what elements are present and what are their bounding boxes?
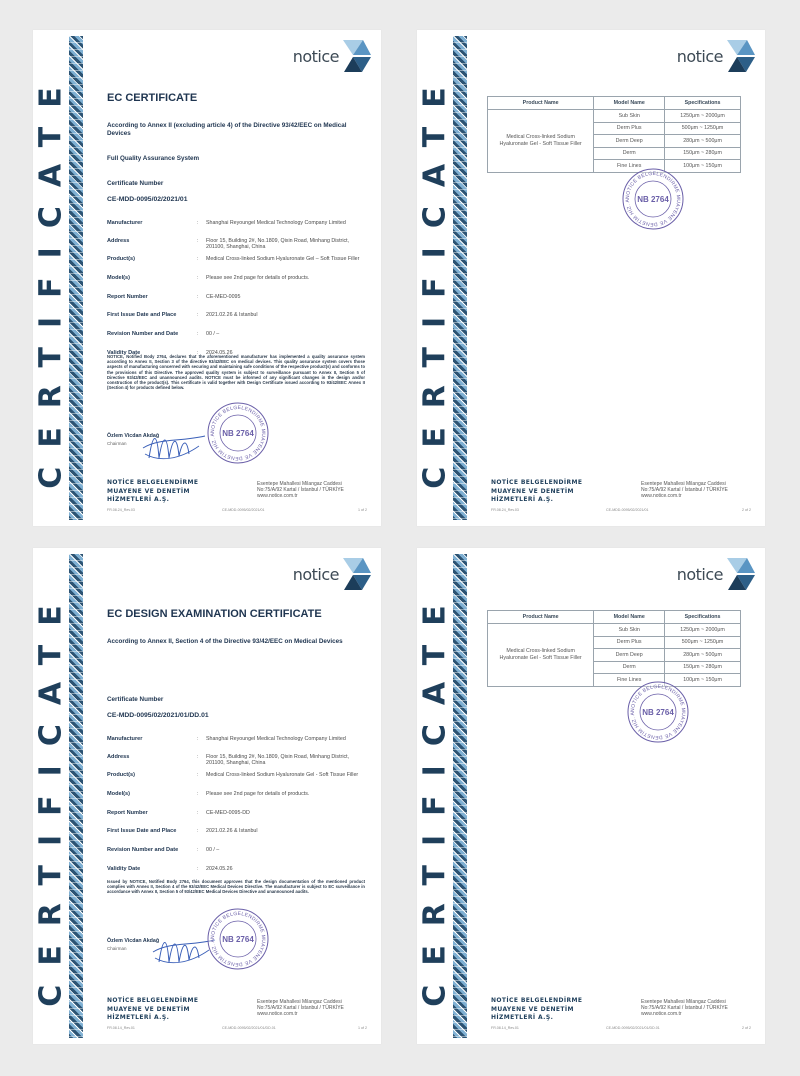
form-code: FR.08.14_Rev.01 bbox=[491, 1026, 519, 1030]
field-address: Address:Floor 15, Building 2#, No.1809, … bbox=[107, 754, 367, 767]
field-colon: : bbox=[197, 866, 206, 872]
field-colon: : bbox=[197, 220, 206, 226]
field-products: Product(s):Medical Cross-linked Sodium H… bbox=[107, 256, 367, 262]
organization-name-line: HİZMETLERİ A.Ş. bbox=[491, 496, 582, 505]
field-address: Address:Floor 15, Building 2#, No.1809, … bbox=[107, 238, 367, 251]
field-colon: : bbox=[197, 350, 206, 356]
system-type: Full Quality Assurance System bbox=[107, 155, 199, 162]
field-label: Product(s) bbox=[107, 256, 197, 262]
vertical-certificate-word: CERTIFICATE bbox=[34, 68, 69, 488]
field-colon: : bbox=[197, 331, 206, 337]
document-code: CE-MDD-0095/02/2021/01/DD.01 bbox=[606, 1026, 660, 1030]
organization-name-line: MUAYENE VE DENETİM bbox=[491, 488, 582, 497]
field-colon: : bbox=[197, 847, 206, 853]
field-colon: : bbox=[197, 754, 206, 767]
field-label: Product(s) bbox=[107, 772, 197, 778]
field-colon: : bbox=[197, 736, 206, 742]
field-value: 2021.02.26 & Istanbul bbox=[206, 312, 367, 318]
field-value: Medical Cross-linked Sodium Hyaluronate … bbox=[206, 772, 367, 778]
field-validity: Validity Date:2024.05.26 bbox=[107, 350, 367, 356]
svg-text:NB 2764: NB 2764 bbox=[222, 935, 254, 944]
form-code: FR.08.14_Rev.01 bbox=[107, 1026, 135, 1030]
field-value: CE-MED-0095-DD bbox=[206, 810, 367, 816]
organization-name-line: NOTİCE BELGELENDİRME bbox=[107, 479, 198, 488]
page-number: 2 of 2 bbox=[742, 1026, 751, 1030]
organization-address: Esentepe Mahallesi Milangaz CaddesiNo:75… bbox=[641, 999, 728, 1017]
vertical-certificate-band: CERTIFICATE bbox=[33, 548, 69, 1044]
certificate-number: CE-MDD-0095/02/2021/01/DD.01 bbox=[107, 712, 209, 719]
field-colon: : bbox=[197, 256, 206, 262]
signer-role: Chairman bbox=[107, 946, 127, 951]
field-label: Address bbox=[107, 754, 197, 767]
certificate-number-label: Certificate Number bbox=[107, 696, 163, 703]
field-colon: : bbox=[197, 791, 206, 797]
organization-name-line: HİZMETLERİ A.Ş. bbox=[107, 1014, 198, 1023]
address-line: www.notice.com.tr bbox=[257, 1011, 344, 1017]
declaration-text: NOTICE, Notified Body 2764, declares tha… bbox=[107, 354, 365, 390]
certificate-title: EC DESIGN EXAMINATION CERTIFICATE bbox=[107, 608, 322, 620]
triangle-pattern-strip bbox=[69, 554, 83, 1038]
certificate-content: NOTİCE BELGELENDİRMEMUAYENE VE DENETİMHİ… bbox=[491, 30, 751, 526]
field-value: CE-MED-0095 bbox=[206, 294, 367, 300]
signature-icon bbox=[139, 428, 209, 466]
certificate-subtitle: According to Annex II (excluding article… bbox=[107, 122, 352, 137]
field-report-number: Report Number:CE-MED-0095 bbox=[107, 294, 367, 300]
certificate-subtitle: According to Annex II, Section 4 of the … bbox=[107, 638, 352, 646]
field-validity: Validity Date:2024.05.26 bbox=[107, 866, 367, 872]
field-colon: : bbox=[197, 294, 206, 300]
organization-name: NOTİCE BELGELENDİRMEMUAYENE VE DENETİMHİ… bbox=[107, 997, 198, 1023]
field-colon: : bbox=[197, 772, 206, 778]
field-value: 00 / – bbox=[206, 847, 367, 853]
field-label: Manufacturer bbox=[107, 736, 197, 742]
field-manufacturer: Manufacturer:Shanghai Reyoungel Medical … bbox=[107, 736, 367, 742]
field-models: Model(s):Please see 2nd page for details… bbox=[107, 791, 367, 797]
organization-name: NOTİCE BELGELENDİRMEMUAYENE VE DENETİMHİ… bbox=[107, 479, 198, 505]
triangle-pattern-strip bbox=[453, 554, 467, 1038]
field-value: 2024.05.26 bbox=[206, 350, 367, 356]
vertical-certificate-word: CERTIFICATE bbox=[418, 68, 453, 488]
field-first-issue: First Issue Date and Place:2021.02.26 & … bbox=[107, 828, 367, 834]
organization-address: Esentepe Mahallesi Milangaz CaddesiNo:75… bbox=[257, 999, 344, 1017]
field-label: Address bbox=[107, 238, 197, 251]
organization-name-line: NOTİCE BELGELENDİRME bbox=[491, 479, 582, 488]
document-code: CE-MDD-0095/02/2021/01/DD.01 bbox=[222, 1026, 276, 1030]
organization-name-line: MUAYENE VE DENETİM bbox=[107, 488, 198, 497]
organization-name-line: MUAYENE VE DENETİM bbox=[491, 1006, 582, 1015]
field-colon: : bbox=[197, 828, 206, 834]
field-label: Report Number bbox=[107, 810, 197, 816]
field-label: Validity Date bbox=[107, 866, 197, 872]
design-examination-page-2: CERTIFICATE notice Product NameModel Nam… bbox=[417, 548, 765, 1044]
field-value: Please see 2nd page for details of produ… bbox=[206, 791, 367, 797]
field-first-issue: First Issue Date and Place:2021.02.26 & … bbox=[107, 312, 367, 318]
document-code: CE-MDD-0095/02/2021/01 bbox=[606, 508, 649, 512]
certificate-number-label: Certificate Number bbox=[107, 180, 163, 187]
field-label: Revision Number and Date bbox=[107, 331, 197, 337]
field-models: Model(s):Please see 2nd page for details… bbox=[107, 275, 367, 281]
address-line: www.notice.com.tr bbox=[641, 493, 728, 499]
document-code: CE-MDD-0095/02/2021/01 bbox=[222, 508, 265, 512]
form-code: FR.08.24_Rev.03 bbox=[491, 508, 519, 512]
svg-text:NB 2764: NB 2764 bbox=[222, 429, 254, 438]
field-label: Manufacturer bbox=[107, 220, 197, 226]
certificate-content: EC DESIGN EXAMINATION CERTIFICATE Accord… bbox=[107, 548, 367, 1044]
field-report-number: Report Number:CE-MED-0095-DD bbox=[107, 810, 367, 816]
field-value: Floor 15, Building 2#, No.1809, Qixin Ro… bbox=[206, 238, 367, 251]
nb-2764-stamp: NOTİCE BELGELENDİRME MUAYENE VE DENETİM … bbox=[207, 908, 269, 970]
field-revision: Revision Number and Date:00 / – bbox=[107, 331, 367, 337]
certificate-content: EC CERTIFICATE According to Annex II (ex… bbox=[107, 30, 367, 526]
field-label: Revision Number and Date bbox=[107, 847, 197, 853]
signer-role: Chairman bbox=[107, 441, 127, 446]
field-value: Medical Cross-linked Sodium Hyaluronate … bbox=[206, 256, 367, 262]
field-value: Floor 15, Building 2#, No.1809, Qixin Ro… bbox=[206, 754, 367, 767]
field-value: 2024.05.26 bbox=[206, 866, 367, 872]
organization-name: NOTİCE BELGELENDİRMEMUAYENE VE DENETİMHİ… bbox=[491, 997, 582, 1023]
field-label: First Issue Date and Place bbox=[107, 828, 197, 834]
organization-name-line: MUAYENE VE DENETİM bbox=[107, 1006, 198, 1015]
field-label: First Issue Date and Place bbox=[107, 312, 197, 318]
organization-name-line: HİZMETLERİ A.Ş. bbox=[107, 496, 198, 505]
triangle-pattern-strip bbox=[69, 36, 83, 520]
organization-name: NOTİCE BELGELENDİRMEMUAYENE VE DENETİMHİ… bbox=[491, 479, 582, 505]
address-line: www.notice.com.tr bbox=[641, 1011, 728, 1017]
page-number: 1 of 2 bbox=[358, 508, 367, 512]
vertical-certificate-word: CERTIFICATE bbox=[34, 586, 69, 1006]
design-examination-page-1: CERTIFICATE notice EC DESIGN EXAMINATION… bbox=[33, 548, 381, 1044]
field-value: 00 / – bbox=[206, 331, 367, 337]
form-code: FR.08.24_Rev.03 bbox=[107, 508, 135, 512]
field-colon: : bbox=[197, 810, 206, 816]
organization-name-line: NOTİCE BELGELENDİRME bbox=[491, 997, 582, 1006]
field-colon: : bbox=[197, 238, 206, 251]
certificate-content: NOTİCE BELGELENDİRMEMUAYENE VE DENETİMHİ… bbox=[491, 548, 751, 1044]
declaration-text: Issued by NOTICE, Notified Body 2764, th… bbox=[107, 879, 365, 895]
organization-name-line: HİZMETLERİ A.Ş. bbox=[491, 1014, 582, 1023]
ec-certificate-page-2: CERTIFICATE notice Product NameModel Nam… bbox=[417, 30, 765, 526]
triangle-pattern-strip bbox=[453, 36, 467, 520]
field-revision: Revision Number and Date:00 / – bbox=[107, 847, 367, 853]
vertical-certificate-band: CERTIFICATE bbox=[417, 548, 453, 1044]
nb-2764-stamp: NOTİCE BELGELENDİRME MUAYENE VE DENETİM … bbox=[207, 402, 269, 464]
page-number: 2 of 2 bbox=[742, 508, 751, 512]
field-label: Validity Date bbox=[107, 350, 197, 356]
field-value: Shanghai Reyoungel Medical Technology Co… bbox=[206, 220, 367, 226]
vertical-certificate-band: CERTIFICATE bbox=[417, 30, 453, 526]
field-value: 2021.02.26 & Istanbul bbox=[206, 828, 367, 834]
field-value: Shanghai Reyoungel Medical Technology Co… bbox=[206, 736, 367, 742]
field-label: Model(s) bbox=[107, 275, 197, 281]
vertical-certificate-word: CERTIFICATE bbox=[418, 586, 453, 1006]
page-number: 1 of 2 bbox=[358, 1026, 367, 1030]
field-label: Report Number bbox=[107, 294, 197, 300]
field-products: Product(s):Medical Cross-linked Sodium H… bbox=[107, 772, 367, 778]
organization-address: Esentepe Mahallesi Milangaz CaddesiNo:75… bbox=[641, 481, 728, 499]
ec-certificate-page-1: CERTIFICATE notice EC CERTIFICATE Accord… bbox=[33, 30, 381, 526]
field-label: Model(s) bbox=[107, 791, 197, 797]
field-value: Please see 2nd page for details of produ… bbox=[206, 275, 367, 281]
field-colon: : bbox=[197, 275, 206, 281]
certificate-number: CE-MDD-0095/02/2021/01 bbox=[107, 196, 187, 203]
address-line: www.notice.com.tr bbox=[257, 493, 344, 499]
organization-name-line: NOTİCE BELGELENDİRME bbox=[107, 997, 198, 1006]
field-colon: : bbox=[197, 312, 206, 318]
vertical-certificate-band: CERTIFICATE bbox=[33, 30, 69, 526]
certificate-title: EC CERTIFICATE bbox=[107, 92, 197, 104]
field-manufacturer: Manufacturer:Shanghai Reyoungel Medical … bbox=[107, 220, 367, 226]
organization-address: Esentepe Mahallesi Milangaz CaddesiNo:75… bbox=[257, 481, 344, 499]
